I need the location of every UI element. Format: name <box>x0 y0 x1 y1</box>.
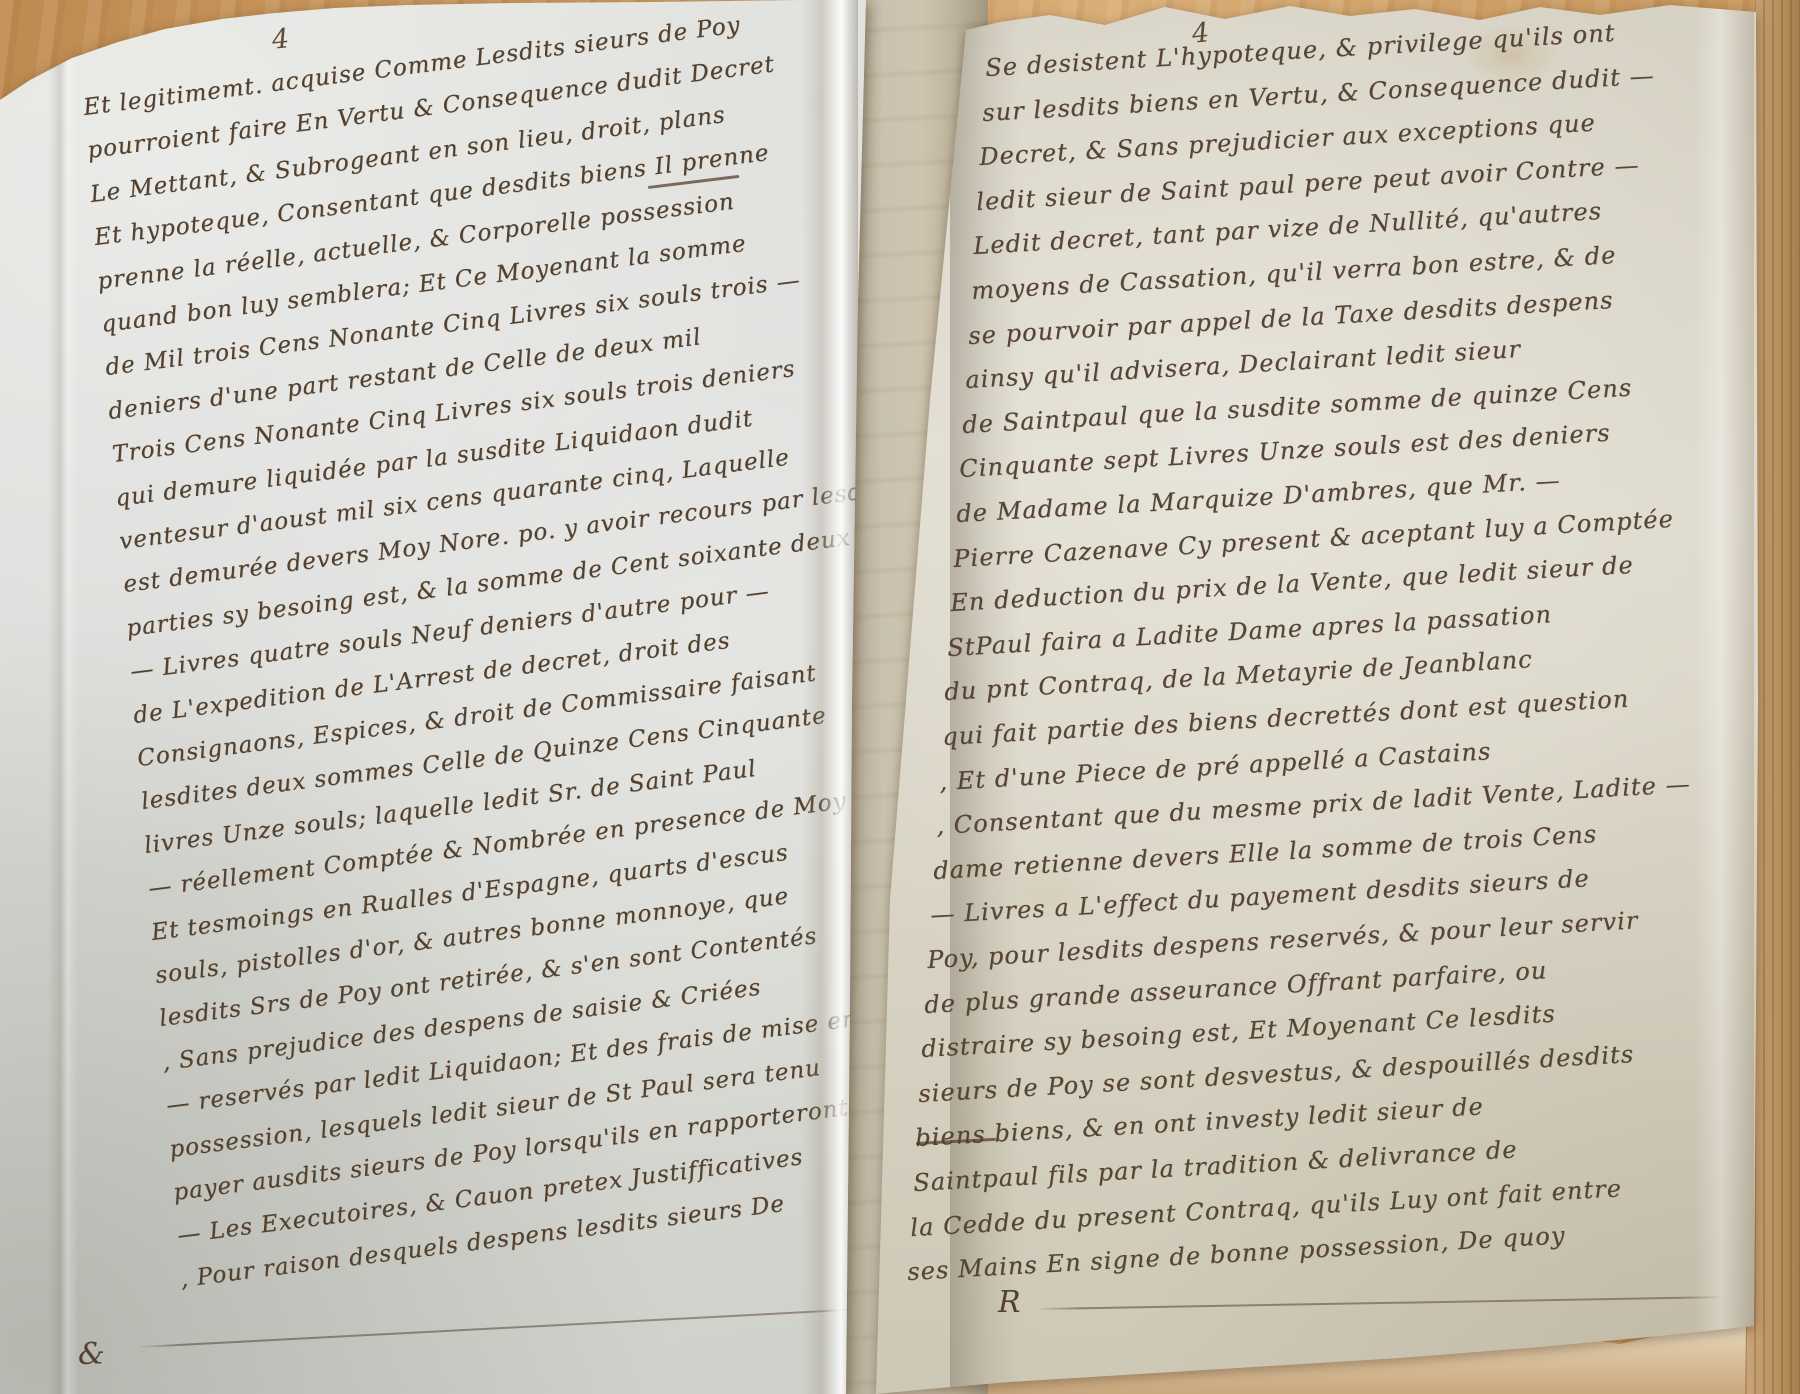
manuscript-photo: 4 Se desistent L'hypoteque, & privilege … <box>0 0 1800 1394</box>
gutter-fold <box>838 0 988 1394</box>
